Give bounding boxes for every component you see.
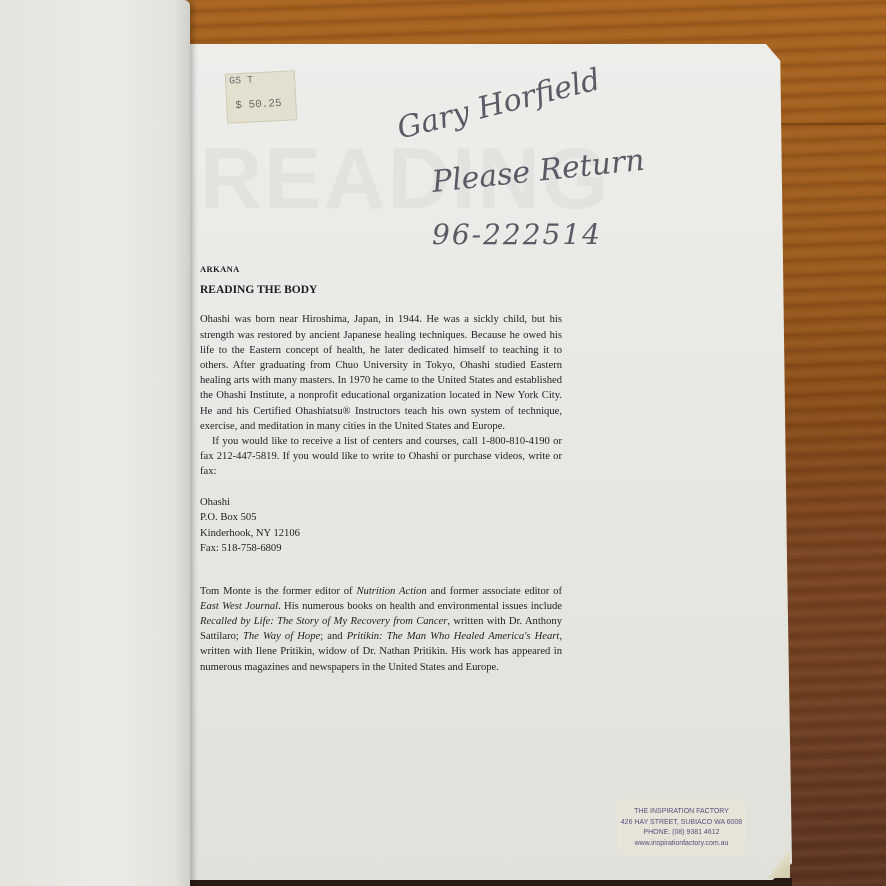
address-line: Kinderhook, NY 12106 — [200, 526, 562, 542]
book-title: READING THE BODY — [200, 283, 562, 298]
bio-text: and former associate editor of — [427, 586, 562, 597]
address-line: Fax: 518-758-6809 — [200, 541, 562, 557]
bio-italic-title: East West Journal — [200, 601, 278, 612]
bio-italic-title: The Way of Hope — [243, 631, 320, 642]
bio-italic-title: Pritikin: The Man Who Healed America's H… — [347, 631, 560, 642]
page-text: ARKANA READING THE BODY Ohashi was born … — [200, 262, 562, 675]
mailing-address: Ohashi P.O. Box 505 Kinderhook, NY 12106… — [200, 495, 562, 557]
bio-italic-title: Nutrition Action — [356, 586, 426, 597]
bookstore-sticker: THE INSPIRATION FACTORY 426 HAY STREET, … — [617, 799, 747, 855]
author-bio-monte: Tom Monte is the former editor of Nutrit… — [200, 584, 562, 675]
price-sticker-price: $ 50.25 — [235, 98, 282, 112]
contact-paragraph: If you would like to receive a list of c… — [200, 434, 562, 480]
bio-text: . His numerous books on health and envir… — [278, 601, 562, 612]
address-line: P.O. Box 505 — [200, 510, 562, 526]
bio-text: ; and — [320, 631, 346, 642]
price-sticker-code: GS T — [229, 75, 254, 87]
bio-italic-title: Recalled by Life: The Story of My Recove… — [200, 616, 447, 627]
bio-text: Tom Monte is the former editor of — [200, 586, 356, 597]
author-bio-ohashi: Ohashi was born near Hiroshima, Japan, i… — [200, 312, 562, 434]
address-line: Ohashi — [200, 495, 562, 511]
left-book-page — [0, 0, 190, 886]
handwritten-phone: 96-222514 — [432, 218, 602, 251]
store-phone: PHONE: (08) 9381 4612 — [617, 827, 747, 838]
price-sticker: GS T $ 50.25 — [225, 70, 298, 124]
publisher-name: ARKANA — [200, 262, 562, 277]
store-name: THE INSPIRATION FACTORY — [617, 806, 747, 817]
store-address: 426 HAY STREET, SUBIACO WA 6008 — [617, 817, 747, 828]
store-website: www.inspirationfactory.com.au — [617, 838, 747, 849]
